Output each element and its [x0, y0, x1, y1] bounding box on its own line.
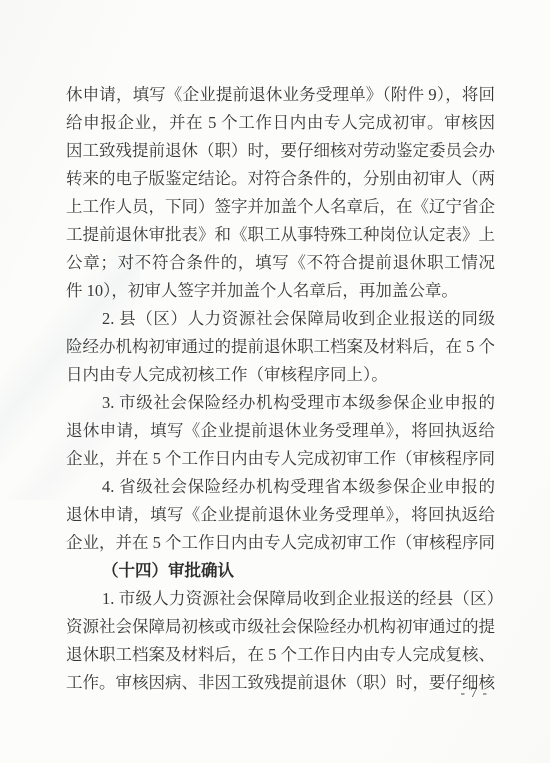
- document-line: 退休申请，填写《企业提前退休业务受理单》，将回执返给申报: [66, 501, 495, 529]
- document-line: 件 10），初审人签字并加盖个人名章后，再加盖公章。: [66, 277, 495, 305]
- document-line: 给申报企业，并在 5 个工作日内由专人完成初审。审核因病、非: [66, 109, 495, 137]
- document-body: 休申请，填写《企业提前退休业务受理单》（附件 9），将回执返给申报企业，并在 5…: [66, 81, 495, 697]
- document-line: 企业，并在 5 个工作日内由专人完成初审工作（审核程序同上）。: [66, 529, 495, 557]
- document-line: 转来的电子版鉴定结论。对符合条件的，分别由初审人（两名以: [66, 165, 495, 193]
- document-page: 休申请，填写《企业提前退休业务受理单》（附件 9），将回执返给申报企业，并在 5…: [0, 0, 550, 763]
- section-heading: （十四）审批确认: [66, 557, 495, 585]
- document-line: 2. 县（区）人力资源社会保障局收到企业报送的同级社会保: [66, 305, 495, 333]
- document-line: 企业，并在 5 个工作日内由专人完成初审工作（审核程序同上）。: [66, 445, 495, 473]
- document-line: 退休申请，填写《企业提前退休业务受理单》，将回执返给申报: [66, 417, 495, 445]
- document-line: 4. 省级社会保险经办机构受理省本级参保企业申报的提前: [66, 473, 495, 501]
- document-line: 公章；对不符合条件的，填写《不符合提前退休职工情况表》（附: [66, 249, 495, 277]
- document-line: 上工作人员，下同）签字并加盖个人名章后，在《辽宁省企业职: [66, 193, 495, 221]
- document-line: 资源社会保障局初核或市级社会保险经办机构初审通过的提前: [66, 613, 495, 641]
- document-line: 工作。审核因病、非因工致残提前退休（职）时，要仔细核对劳: [66, 669, 495, 697]
- page-number: - 7 -: [461, 684, 489, 702]
- document-line: 日内由专人完成初核工作（审核程序同上）。: [66, 361, 495, 389]
- document-line: 1. 市级人力资源社会保障局收到企业报送的经县（区）人力: [66, 585, 495, 613]
- document-line: 休申请，填写《企业提前退休业务受理单》（附件 9），将回执返: [66, 81, 495, 109]
- document-line: 险经办机构初审通过的提前退休职工档案及材料后，在 5 个工作: [66, 333, 495, 361]
- document-line: 工提前退休审批表》和《职工从事特殊工种岗位认定表》上加盖: [66, 221, 495, 249]
- document-line: 因工致残提前退休（职）时，要仔细核对劳动鉴定委员会办公室: [66, 137, 495, 165]
- document-line: 退休职工档案及材料后，在 5 个工作日内由专人完成复核、审批: [66, 641, 495, 669]
- document-line: 3. 市级社会保险经办机构受理市本级参保企业申报的提前: [66, 389, 495, 417]
